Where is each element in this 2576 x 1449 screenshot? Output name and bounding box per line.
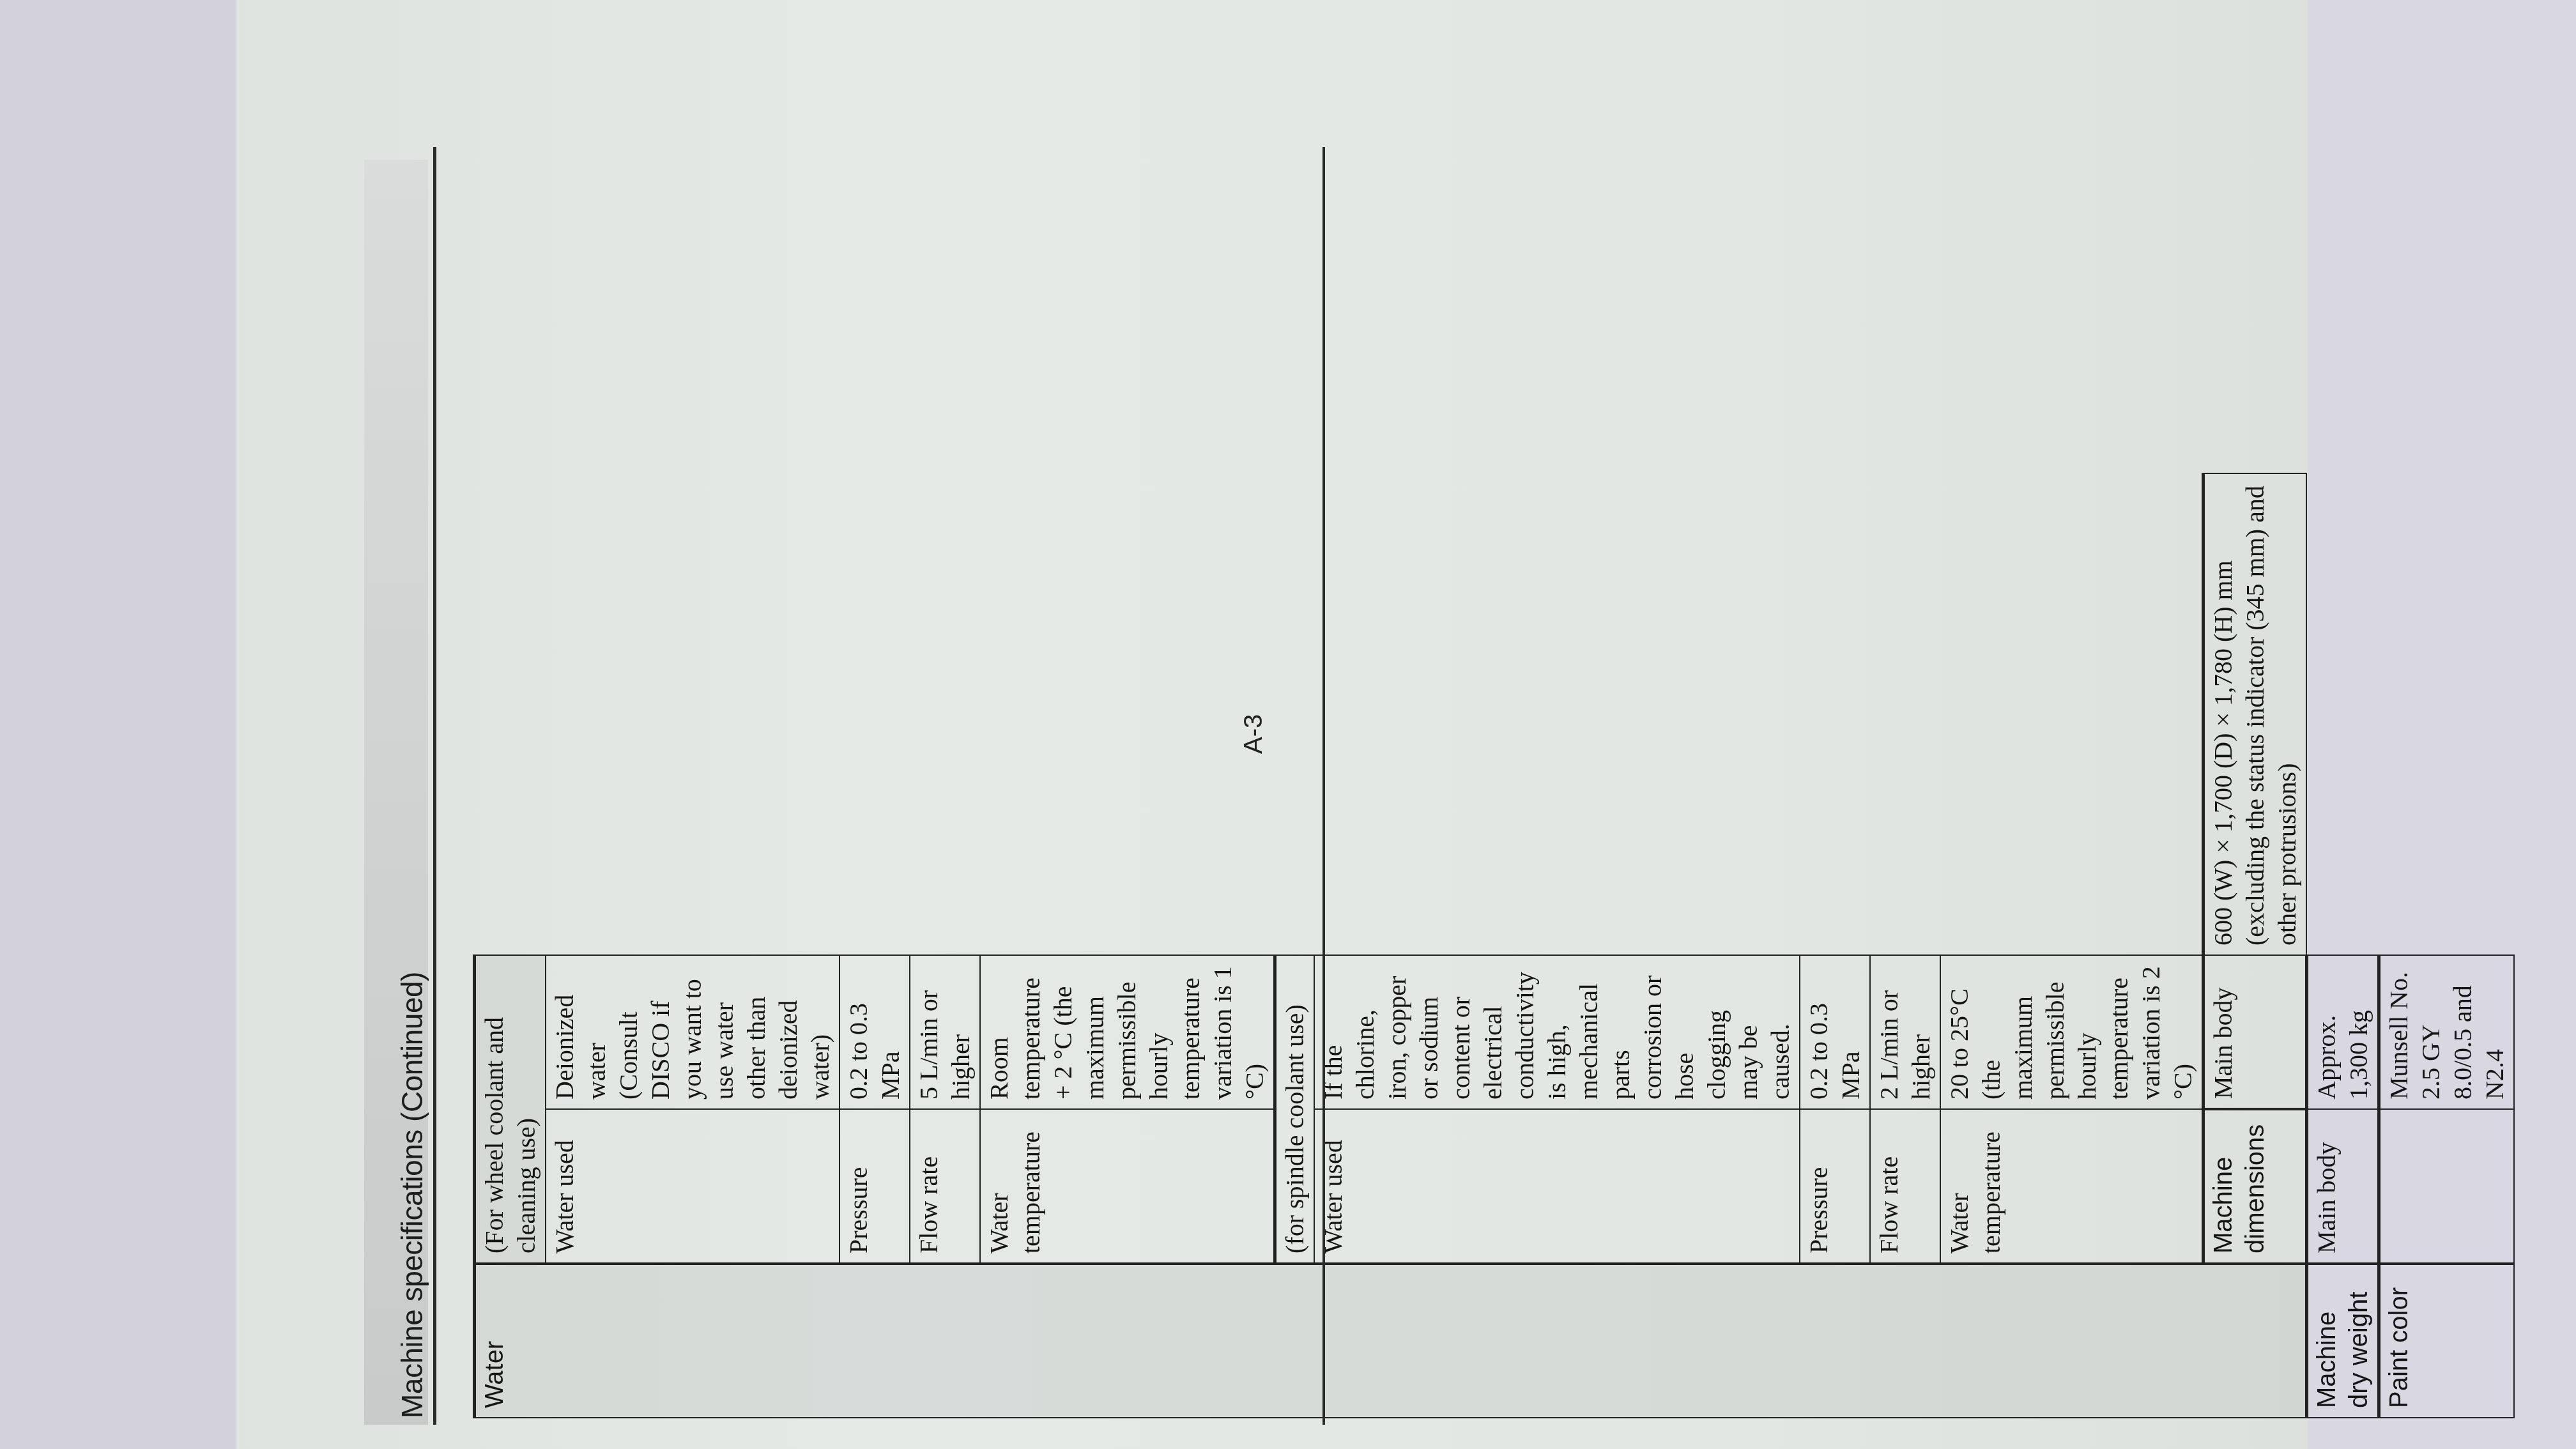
row-label: Flow rate: [910, 1109, 980, 1264]
spec-table: Water (For wheel coolant and cleaning us…: [473, 473, 2515, 1418]
row-value: 0.2 to 0.3 MPa: [839, 955, 910, 1109]
section-spindle: (for spindle coolant use): [1275, 955, 1315, 1264]
category-dimensions: Machine dimensions: [2204, 1109, 2307, 1264]
row-value: Approx. 1,300 kg: [2306, 955, 2379, 1109]
rotated-page-content: Machine specifications (Continued) Water…: [364, 83, 1386, 1425]
category-paint: Paint color: [2379, 1264, 2514, 1418]
row-label: Pressure: [839, 1109, 910, 1264]
category-water: Water: [475, 1264, 2307, 1418]
row-value: Deionized water (Consult DISCO if you wa…: [546, 955, 839, 1109]
page-number: A-3: [1239, 714, 1268, 754]
row-label: Pressure: [1800, 1109, 1870, 1264]
row-label: Main body: [2204, 955, 2307, 1109]
row-label: Main body: [2306, 1109, 2379, 1264]
row-value: 2 L/min or higher: [1870, 955, 1940, 1109]
row-label: Water temperature: [1940, 1109, 2204, 1264]
row-value: 600 (W) × 1,700 (D) × 1,780 (H) mm (excl…: [2204, 473, 2307, 955]
row-label: Flow rate: [1870, 1109, 1940, 1264]
row-label: Water used: [546, 1109, 839, 1264]
background-surface: [0, 0, 236, 1449]
table-row: Paint color Munsell No. 2.5 GY 8.0/0.5 a…: [2379, 473, 2514, 1418]
row-label: Water temperature: [980, 1109, 1275, 1264]
row-value: Room temperature + 2 °C (the maximum per…: [980, 955, 1275, 1109]
table-row: Machine dry weight Main body Approx. 1,3…: [2306, 473, 2379, 1418]
row-value: 5 L/min or higher: [910, 955, 980, 1109]
row-value: 20 to 25°C (the maximum permissible hour…: [1940, 955, 2204, 1109]
row-label: Water used: [1314, 1109, 1800, 1264]
row-value: Munsell No. 2.5 GY 8.0/0.5 and N2.4: [2379, 955, 2514, 1109]
row-label: [2379, 1109, 2514, 1264]
row-value: 0.2 to 0.3 MPa: [1800, 955, 1870, 1109]
category-weight: Machine dry weight: [2306, 1264, 2379, 1418]
section-wheel: (For wheel coolant and cleaning use): [475, 955, 546, 1264]
bottom-divider: [1322, 147, 1325, 1425]
page-title: Machine specifications (Continued): [395, 972, 429, 1418]
heading-divider: [433, 147, 436, 1425]
row-value: If the chlorine, iron, copper or sodium …: [1314, 955, 1800, 1109]
table-row: Water (For wheel coolant and cleaning us…: [475, 473, 546, 1418]
